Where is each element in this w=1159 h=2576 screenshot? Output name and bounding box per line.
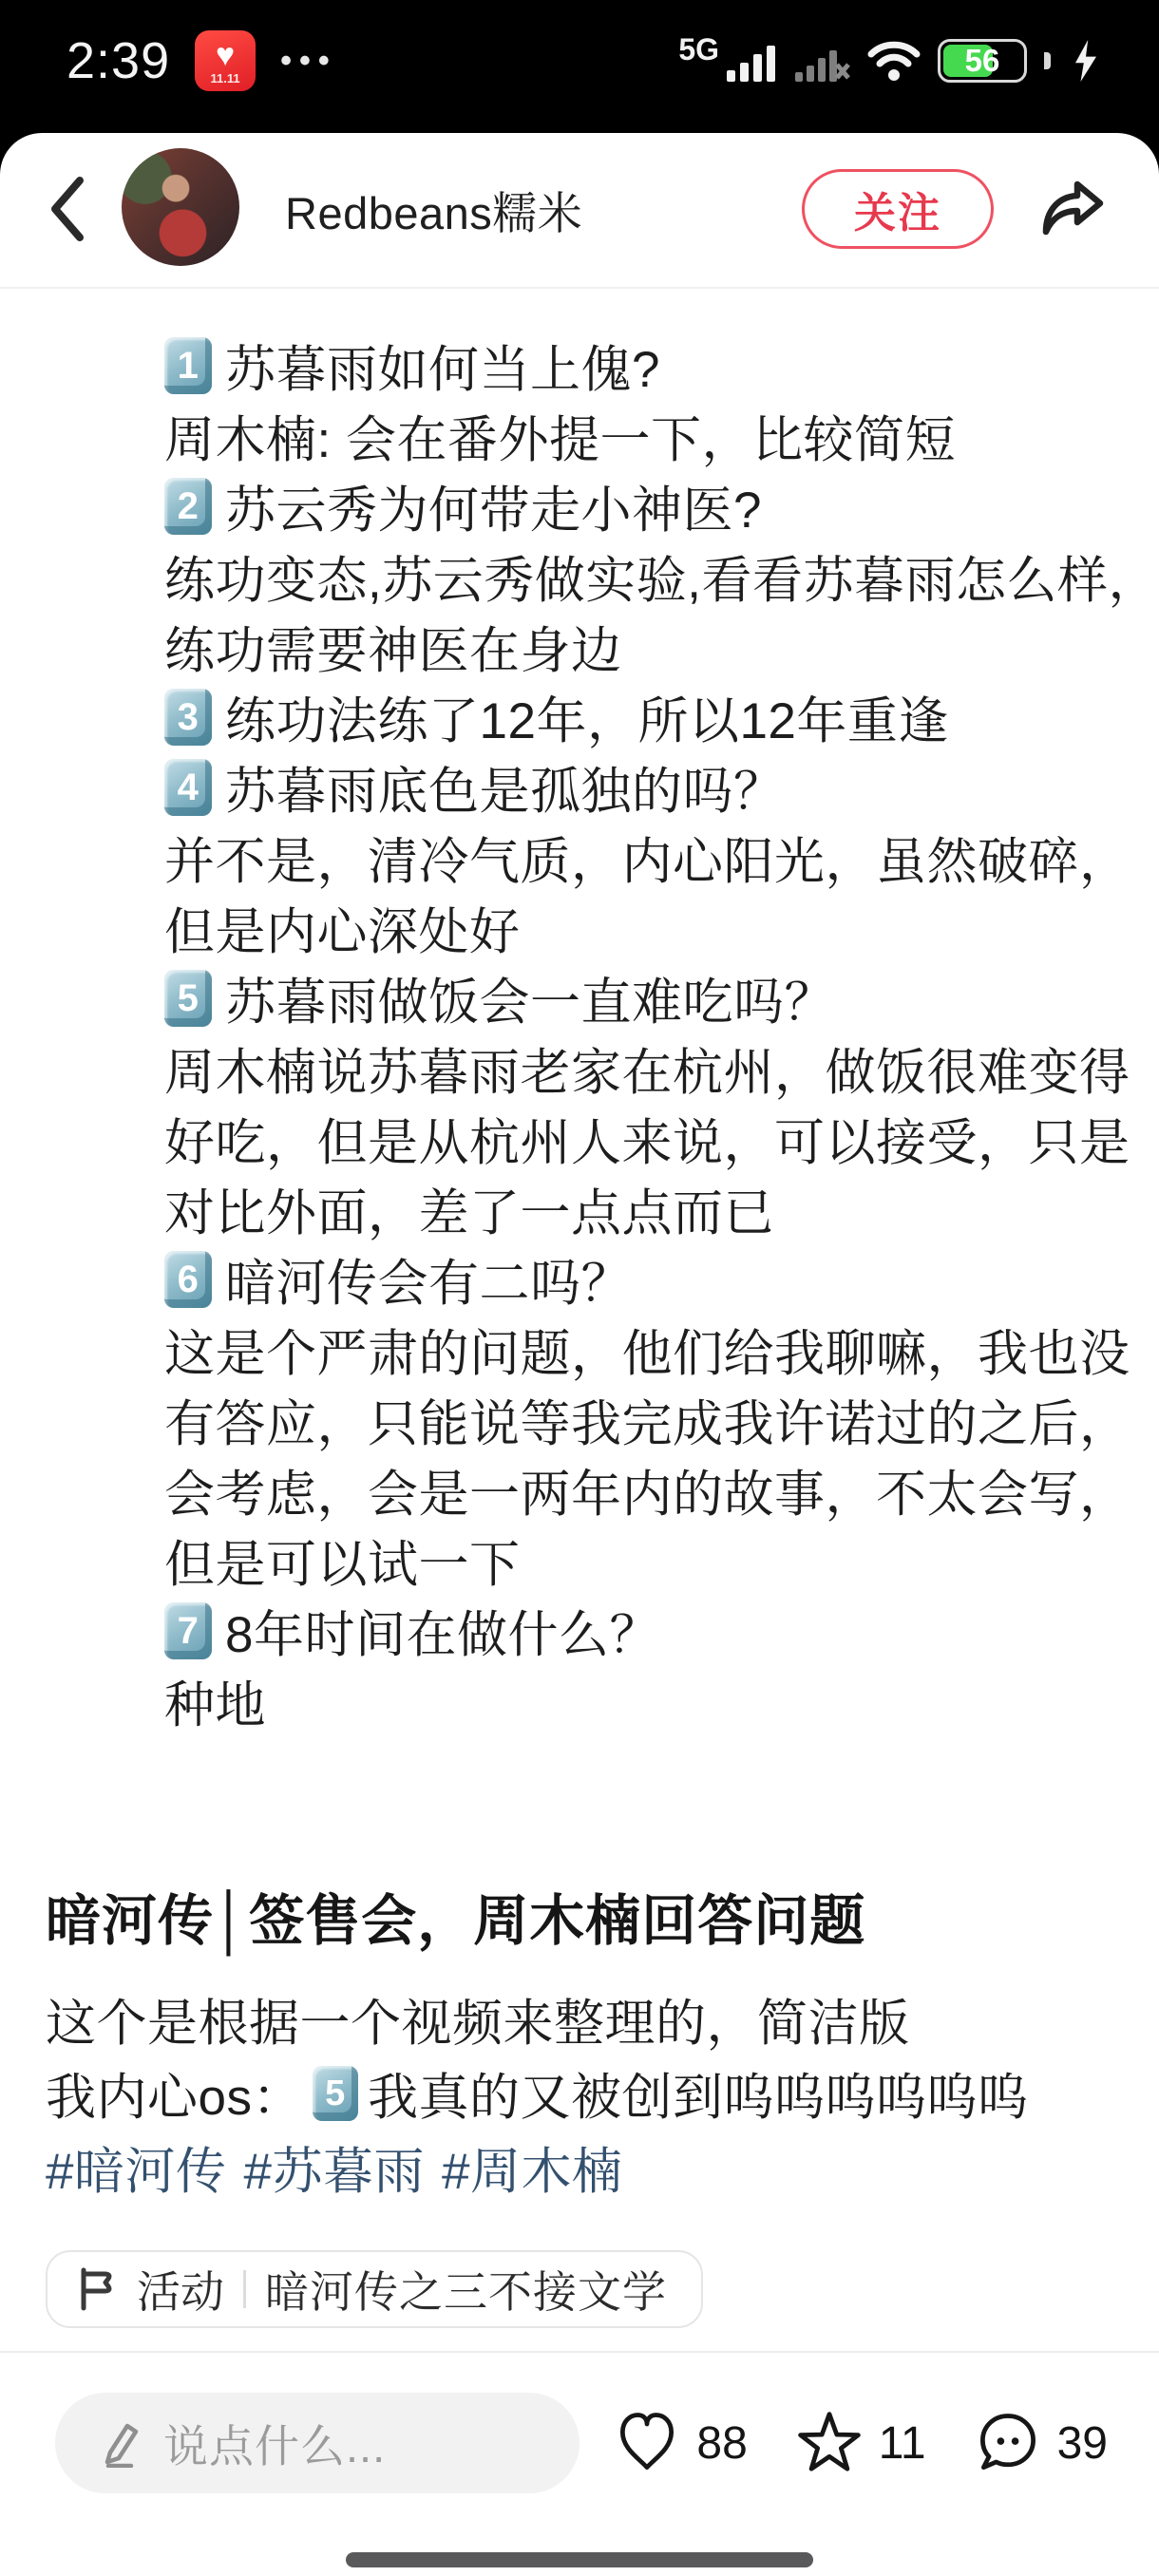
status-bar-left: 2:39 ♥ 11.11 •••	[66, 30, 337, 91]
share-button[interactable]	[1035, 173, 1108, 245]
post-line-text: 苏暮雨底色是孤独的吗？	[225, 751, 785, 824]
actions-row: 881139	[611, 2393, 1108, 2493]
post-line-text: 对比外面，差了一点点而已	[164, 1173, 774, 1245]
post-line-text: 会考虑，会是一两年内的故事，不太会写，	[164, 1454, 1130, 1526]
post-line: 6暗河传会有二吗？	[164, 1244, 1102, 1315]
post-body: 1苏暮雨如何当上傀?周木楠: 会在番外提一下，比较简短2苏云秀为何带走小神医?练…	[164, 331, 1102, 1736]
post-line: 但是内心深处好	[164, 893, 1102, 963]
heart-action-button[interactable]: 88	[611, 2407, 747, 2479]
battery-icon: 56	[938, 39, 1027, 83]
numbered-keycap-icon: 1	[164, 337, 212, 394]
follow-button-label: 关注	[854, 179, 941, 239]
status-time: 2:39	[66, 31, 170, 90]
post-line: 练功变态,苏云秀做实验,看看苏暮雨怎么样，	[164, 541, 1102, 612]
numbered-keycap-icon: 2	[164, 478, 212, 535]
flag-icon	[76, 2266, 118, 2312]
post-line-text: 周木楠: 会在番外提一下，比较简短	[164, 400, 956, 472]
post-line: 但是可以试一下	[164, 1525, 1102, 1596]
username[interactable]: Redbeans糯米	[285, 133, 582, 287]
post-line: 种地	[164, 1666, 1102, 1736]
heart-count: 88	[696, 2417, 747, 2470]
wifi-icon	[865, 37, 922, 85]
post-line: 练功需要神医在身边	[164, 612, 1102, 682]
network-type-label: 5G	[678, 32, 719, 67]
caption-block: 暗河传│签售会，周木楠回答问题 这个是根据一个视频来整理的，简洁版 我内心os：…	[46, 1876, 1113, 2328]
home-indicator[interactable]	[346, 2552, 813, 2567]
post-line-text: 这是个严肃的问题，他们给我聊嘛，我也没	[164, 1314, 1130, 1386]
post-line: 会考虑，会是一两年内的故事，不太会写，	[164, 1455, 1102, 1525]
post-line-text: 但是内心深处好	[164, 892, 521, 964]
status-bar: 2:39 ♥ 11.11 ••• 5G	[0, 0, 1159, 133]
post-line: 这是个严肃的问题，他们给我聊嘛，我也没	[164, 1315, 1102, 1385]
post-line-text: 好吃，但是从杭州人来说，可以接受，只是	[164, 1103, 1130, 1175]
pencil-icon	[99, 2418, 142, 2468]
post-line: 周木楠说苏暮雨老家在杭州，做饭很难变得	[164, 1033, 1102, 1104]
post-line-text: 练功法练了12年，所以12年重逢	[225, 681, 949, 753]
post-line-text: 8年时间在做什么？	[225, 1595, 660, 1667]
post-line: 3练功法练了12年，所以12年重逢	[164, 682, 1102, 752]
status-bar-right: 5G 56	[678, 37, 1100, 85]
hashtag-row: #暗河传#苏暮雨#周木楠	[46, 2131, 1113, 2205]
os-line-prefix: 我内心os：	[46, 2057, 303, 2130]
post-header: Redbeans糯米 关注	[0, 133, 1159, 287]
hashtag-link[interactable]: #苏暮雨	[243, 2131, 424, 2204]
os-line-suffix: 我真的又被创到呜呜呜呜呜呜	[368, 2057, 1029, 2130]
app-chip-label: 11.11	[211, 72, 240, 85]
numbered-keycap-icon: 5	[313, 2066, 358, 2121]
post-line: 并不是，清冷气质，内心阳光，虽然破碎，	[164, 823, 1102, 893]
battery-nub	[1044, 52, 1051, 69]
post-line-text: 苏暮雨做饭会一直难吃吗？	[225, 962, 835, 1034]
post-line-text: 苏暮雨如何当上傀?	[225, 330, 660, 402]
comment-action-button[interactable]: 39	[972, 2407, 1108, 2479]
post-line-text: 但是可以试一下	[164, 1525, 521, 1597]
numbered-keycap-icon: 5	[164, 970, 212, 1027]
comment-count: 39	[1057, 2417, 1108, 2470]
post-line: 78年时间在做什么？	[164, 1596, 1102, 1666]
post-line: 4苏暮雨底色是孤独的吗？	[164, 752, 1102, 823]
follow-button[interactable]: 关注	[802, 169, 994, 249]
battery-percent: 56	[940, 43, 1024, 79]
post-line-text: 暗河传会有二吗？	[225, 1243, 632, 1316]
numbered-keycap-icon: 6	[164, 1251, 212, 1308]
numbered-keycap-icon: 7	[164, 1602, 212, 1659]
comment-input[interactable]: 说点什么...	[55, 2393, 579, 2493]
post-line: 对比外面，差了一点点而已	[164, 1174, 1102, 1244]
post-line-text: 有答应，只能说等我完成我许诺过的之后，	[164, 1384, 1130, 1456]
post-sheet: Redbeans糯米 关注 1苏暮雨如何当上傀?周木楠: 会在番外提一下，比较简…	[0, 133, 1159, 2576]
signal-strength-icon	[725, 38, 780, 84]
heart-icon	[611, 2407, 683, 2479]
post-line-text: 周木楠说苏暮雨老家在杭州，做饭很难变得	[164, 1032, 1130, 1105]
post-line: 周木楠: 会在番外提一下，比较简短	[164, 401, 1102, 471]
comment-icon	[972, 2407, 1044, 2479]
post-line-text: 练功需要神医在身边	[164, 611, 622, 683]
app-notification-icon: ♥ 11.11	[195, 30, 256, 91]
post-line: 2苏云秀为何带走小神医?	[164, 471, 1102, 541]
post-line-text: 种地	[164, 1665, 266, 1737]
avatar[interactable]	[122, 148, 239, 266]
post-line-text: 苏云秀为何带走小神医?	[225, 470, 762, 542]
bottom-action-bar: 说点什么... 881139	[0, 2351, 1159, 2576]
post-title: 暗河传│签售会，周木楠回答问题	[46, 1876, 1113, 1956]
hashtag-link[interactable]: #暗河传	[46, 2131, 226, 2204]
numbered-keycap-icon: 3	[164, 689, 212, 746]
star-icon	[793, 2407, 865, 2479]
back-button[interactable]	[47, 175, 89, 243]
star-count: 11	[879, 2417, 926, 2470]
post-line: 5苏暮雨做饭会一直难吃吗？	[164, 963, 1102, 1033]
post-description: 这个是根据一个视频来整理的，简洁版	[46, 1982, 1113, 2056]
activity-divider	[243, 2270, 246, 2308]
activity-name: 暗河传之三不接文学	[265, 2258, 667, 2320]
comment-placeholder: 说点什么...	[163, 2412, 386, 2475]
post-line: 有答应，只能说等我完成我许诺过的之后，	[164, 1385, 1102, 1455]
charging-bolt-icon	[1072, 40, 1100, 82]
post-line: 1苏暮雨如何当上傀?	[164, 331, 1102, 401]
ellipsis-icon: •••	[280, 43, 337, 80]
post-os-line: 我内心os：5我真的又被创到呜呜呜呜呜呜	[46, 2056, 1113, 2131]
signal-sim2-icon	[795, 38, 850, 84]
numbered-keycap-icon: 4	[164, 759, 212, 816]
phone-screen: 2:39 ♥ 11.11 ••• 5G	[0, 0, 1159, 2576]
activity-tag[interactable]: 活动 暗河传之三不接文学	[46, 2250, 703, 2328]
post-line: 好吃，但是从杭州人来说，可以接受，只是	[164, 1104, 1102, 1174]
post-line-text: 并不是，清冷气质，内心阳光，虽然破碎，	[164, 822, 1130, 894]
hashtag-link[interactable]: #周木楠	[442, 2131, 622, 2204]
heart-logo-icon: ♥	[216, 39, 235, 71]
star-action-button[interactable]: 11	[793, 2407, 926, 2479]
header-divider	[0, 287, 1159, 289]
activity-label: 活动	[137, 2258, 224, 2320]
post-line-text: 练功变态,苏云秀做实验,看看苏暮雨怎么样，	[164, 540, 1159, 613]
